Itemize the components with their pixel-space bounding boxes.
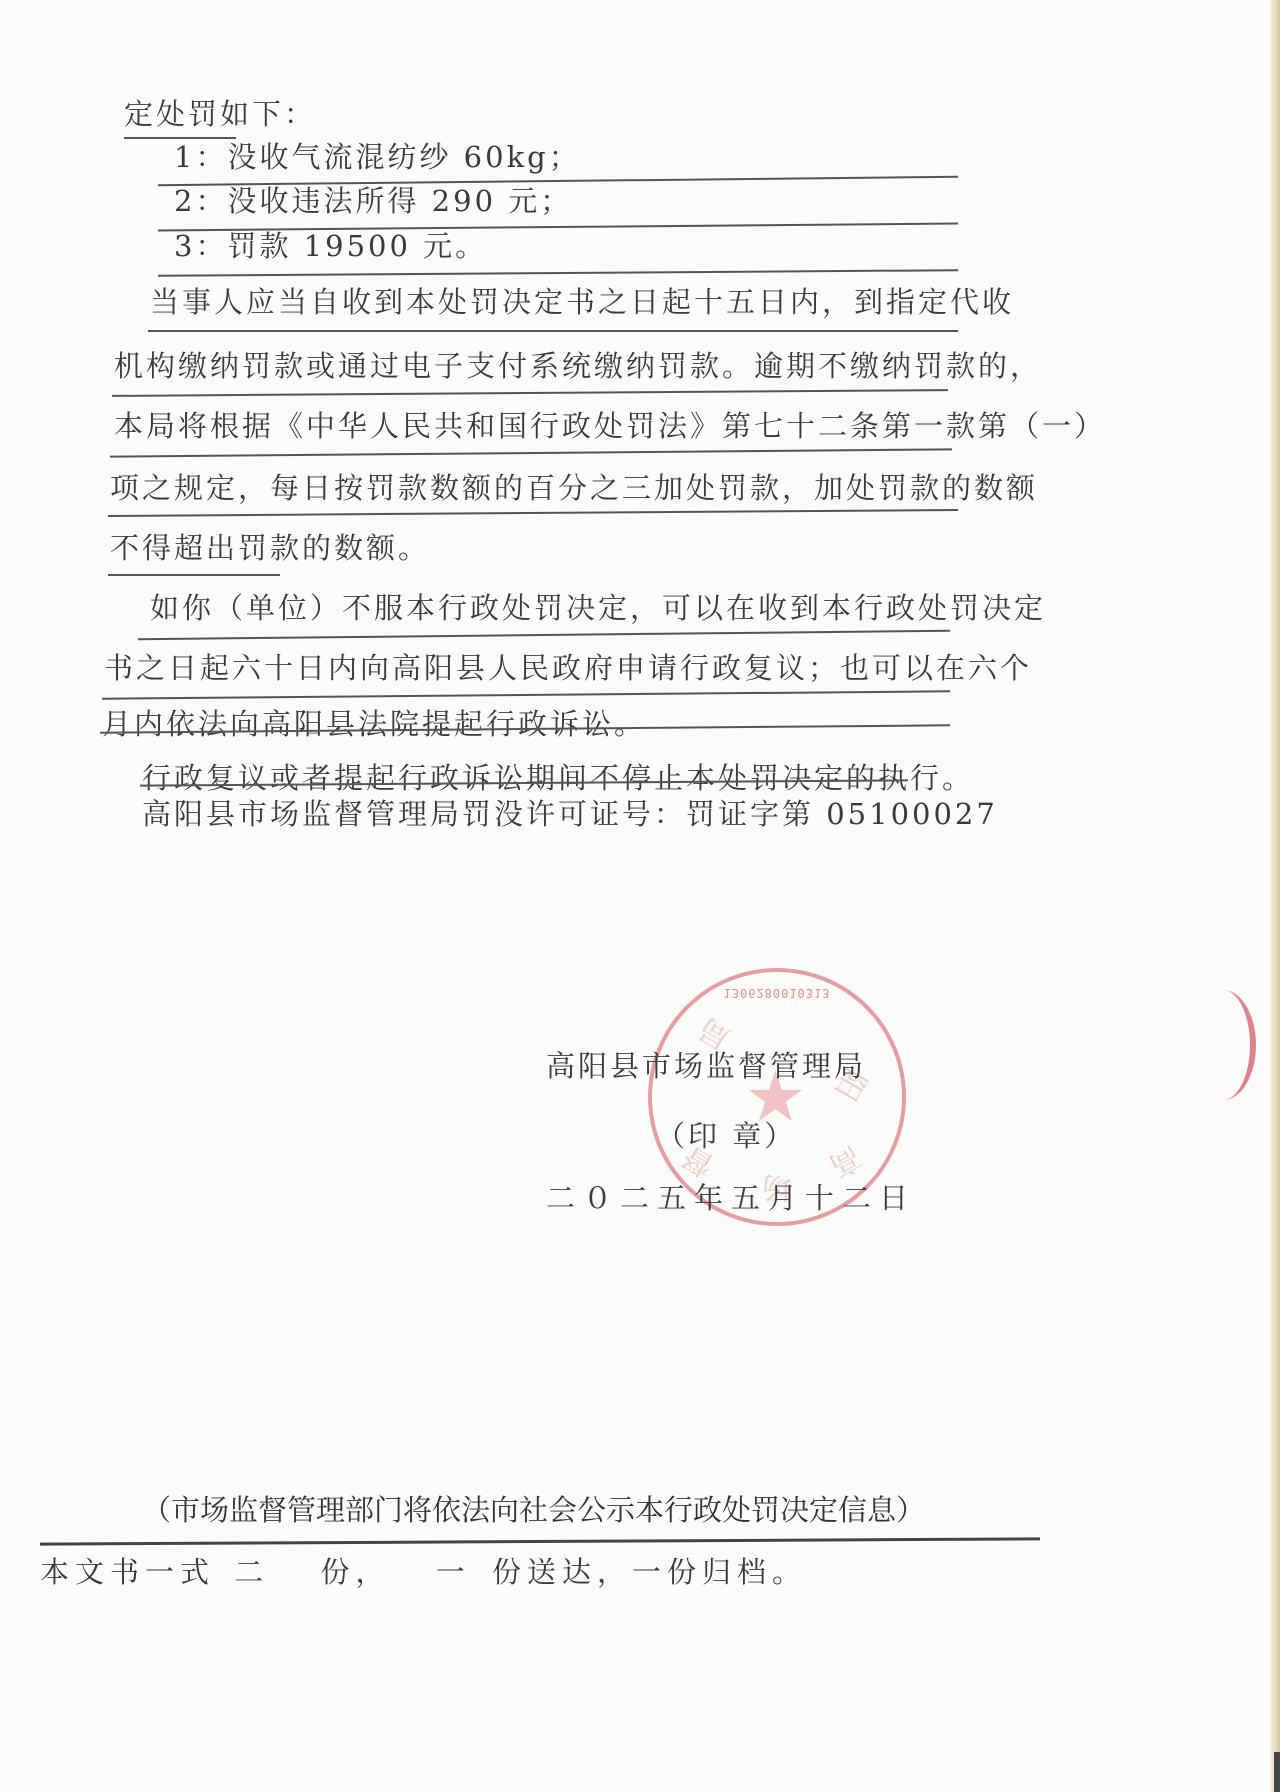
- divider-line: [40, 1537, 1040, 1545]
- appeal-paragraph-line: 书之日起六十日内向高阳县人民政府申请行政复议；也可以在六个: [104, 648, 1032, 688]
- license-number-line: 高阳县市场监督管理局罚没许可证号：罚证字第 05100027: [142, 794, 998, 834]
- copies-unit: 份，: [320, 1555, 390, 1589]
- underline: [108, 574, 280, 576]
- payment-paragraph-line: 当事人应当自收到本处罚决定书之日起十五日内，到指定代收: [150, 282, 1014, 322]
- no-suspension-notice: 行政复议或者提起行政诉讼期间不停止本处罚决定的执行。: [142, 758, 974, 798]
- copies-total: 二: [234, 1555, 269, 1589]
- underline: [108, 509, 958, 517]
- stamp-fragment: [1190, 990, 1256, 1100]
- payment-paragraph-line: 项之规定，每日按罚款数额的百分之三加处罚款，加处罚款的数额: [110, 468, 1038, 508]
- public-notice: （市场监督管理部门将依法向社会公示本行政处罚决定信息）: [142, 1488, 925, 1529]
- appeal-paragraph-line: 月内依法向高阳县法院提起行政诉讼。: [102, 704, 646, 744]
- page-edge: [1270, 0, 1280, 1792]
- payment-paragraph-line: 机构缴纳罚款或通过电子支付系统缴纳罚款。逾期不缴纳罚款的，: [114, 346, 1042, 386]
- underline: [138, 630, 950, 641]
- seal-label: （印 章）: [656, 1116, 796, 1156]
- penalty-item-2: 2：没收违法所得 290 元；: [174, 181, 572, 221]
- copies-line: 本文书一式 二 份， 一 份送达，一份归档。: [40, 1552, 807, 1592]
- appeal-paragraph-line: 如你（单位）不服本行政处罚决定，可以在收到本行政处罚决定: [150, 588, 1046, 628]
- underline: [112, 389, 948, 397]
- copies-prefix: 本文书一式: [40, 1555, 215, 1589]
- underline: [102, 690, 950, 699]
- payment-paragraph-line: 本局将根据《中华人民共和国行政处罚法》第七十二条第一款第（一）: [114, 406, 1106, 446]
- signature-date: 二０二五年五月十二日: [546, 1178, 916, 1218]
- page-edge-shadow: [1274, 1752, 1280, 1792]
- payment-paragraph-line: 不得超出罚款的数额。: [110, 528, 430, 568]
- intro-line: 定处罚如下：: [124, 94, 316, 134]
- signature-agency: 高阳县市场监督管理局: [546, 1046, 866, 1086]
- copies-rest: 份送达，一份归档。: [492, 1555, 807, 1589]
- penalty-item-3: 3：罚款 19500 元。: [174, 226, 487, 266]
- penalty-item-1: 1：没收气流混纺纱 60kg；: [174, 137, 581, 177]
- copies-delivered: 一: [436, 1555, 471, 1589]
- stamp-serial: 1306280010313: [652, 986, 902, 1000]
- underline: [148, 330, 958, 332]
- underline: [158, 269, 958, 277]
- underline: [110, 448, 952, 457]
